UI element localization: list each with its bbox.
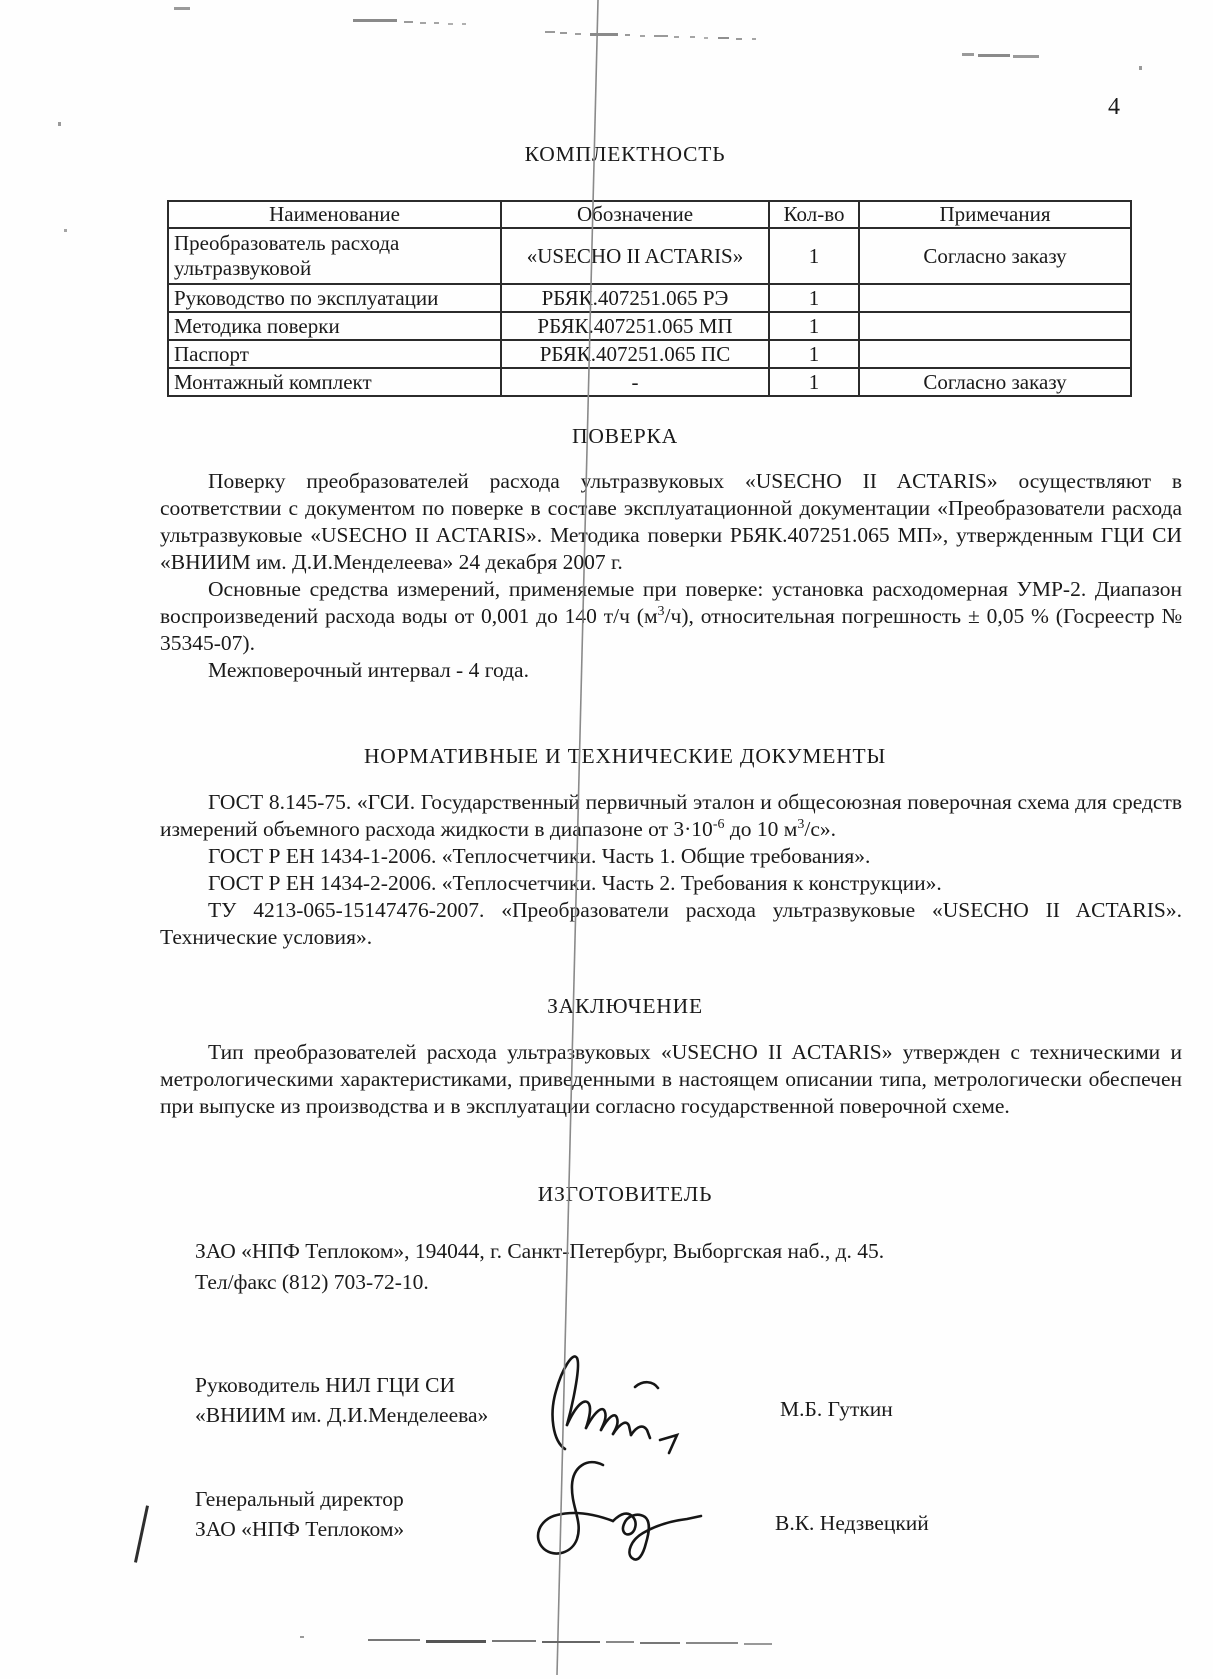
normative-text: ГОСТ 8.145-75. «ГСИ. Государственный пер…	[160, 789, 1182, 951]
sig2-role-line2: ЗАО «НПФ Теплоком»	[195, 1514, 404, 1544]
normative-item1-text-c: /с».	[804, 817, 836, 841]
col-header-oboznachenie: Обозначение	[501, 201, 769, 228]
signature-nedzvetsky-icon	[515, 1455, 715, 1573]
scan-artifact-dash	[368, 1639, 420, 1641]
section-title-izgotovitel: ИЗГОТОВИТЕЛЬ	[130, 1182, 1120, 1207]
normative-item1-text: ГОСТ 8.145-75. «ГСИ. Государственный пер…	[160, 790, 1182, 841]
address-line-2: Тел/факс (812) 703-72-10.	[195, 1267, 884, 1298]
table-row: Руководство по эксплуатации РБЯК.407251.…	[168, 284, 1131, 312]
section-title-normative: НОРМАТИВНЫЕ И ТЕХНИЧЕСКИЕ ДОКУМЕНТЫ	[130, 744, 1120, 769]
superscript-cubed: 3	[658, 604, 665, 619]
scan-artifact-dash	[300, 1636, 304, 1638]
signature-2-name: В.К. Недзвецкий	[775, 1511, 929, 1536]
cell-note	[859, 312, 1131, 340]
scan-artifact-dash	[752, 38, 756, 40]
table-row: Преобразователь расхода ультразвуковой «…	[168, 228, 1131, 284]
scan-artifact-dash	[420, 22, 426, 24]
cell-qty: 1	[769, 340, 859, 368]
scan-artifact-dash	[718, 37, 729, 39]
address-line-1: ЗАО «НПФ Теплоком», 194044, г. Санкт-Пет…	[195, 1236, 884, 1267]
normative-item-1: ГОСТ 8.145-75. «ГСИ. Государственный пер…	[160, 789, 1182, 843]
normative-item-4: ТУ 4213-065-15147476-2007. «Преобразоват…	[160, 897, 1182, 951]
sig1-role-line1: Руководитель НИЛ ГЦИ СИ	[195, 1370, 488, 1400]
superscript-minus6: -6	[713, 817, 725, 832]
sig2-role-line1: Генеральный директор	[195, 1484, 404, 1514]
section-title-poverka: ПОВЕРКА	[130, 424, 1120, 449]
cell-name: Преобразователь расхода ультразвуковой	[168, 228, 501, 284]
col-header-kolvo: Кол-во	[769, 201, 859, 228]
cell-designation: РБЯК.407251.065 ПС	[501, 340, 769, 368]
normative-item-2: ГОСТ Р ЕН 1434-1-2006. «Теплосчетчики. Ч…	[160, 843, 1182, 870]
scan-artifact-dash	[174, 7, 190, 10]
sig1-role-line2: «ВНИИМ им. Д.И.Менделеева»	[195, 1400, 488, 1430]
poverka-text: Поверку преобразователей расхода ультраз…	[160, 468, 1182, 684]
scan-artifact-dash	[640, 1642, 680, 1644]
scan-artifact-dash	[1013, 55, 1039, 58]
scan-artifact-speck	[58, 122, 61, 126]
scan-artifact-dash	[962, 53, 974, 56]
normative-item-3: ГОСТ Р ЕН 1434-2-2006. «Теплосчетчики. Ч…	[160, 870, 1182, 897]
cell-name: Руководство по эксплуатации	[168, 284, 501, 312]
scan-artifact-dash	[736, 38, 742, 40]
cell-note: Согласно заказу	[859, 368, 1131, 396]
cell-designation: «USECHO II ACTARIS»	[501, 228, 769, 284]
scan-artifact-dash	[434, 22, 439, 24]
scan-artifact-dash	[590, 33, 618, 36]
scan-artifact-slash	[134, 1505, 149, 1562]
manufacturer-address: ЗАО «НПФ Теплоком», 194044, г. Санкт-Пет…	[195, 1236, 884, 1298]
scan-artifact-dash	[625, 34, 630, 36]
normative-item1-text-b: до 10 м	[724, 817, 797, 841]
cell-qty: 1	[769, 284, 859, 312]
section-title-zakluchenie: ЗАКЛЮЧЕНИЕ	[130, 994, 1120, 1019]
zakluchenie-text: Тип преобразователей расхода ультразвуко…	[160, 1039, 1182, 1120]
scan-artifact-dash	[575, 33, 581, 35]
scan-artifact-speck	[1139, 66, 1142, 70]
scan-artifact-dash	[492, 1640, 536, 1642]
col-header-naimenovanie: Наименование	[168, 201, 501, 228]
cell-name: Монтажный комплект	[168, 368, 501, 396]
table-row: Монтажный комплект - 1 Согласно заказу	[168, 368, 1131, 396]
cell-qty: 1	[769, 312, 859, 340]
table-row: Паспорт РБЯК.407251.065 ПС 1	[168, 340, 1131, 368]
zakluchenie-paragraph: Тип преобразователей расхода ультразвуко…	[160, 1039, 1182, 1120]
cell-name: Методика поверки	[168, 312, 501, 340]
scan-artifact-dash	[690, 36, 695, 38]
signature-block-2-role: Генеральный директор ЗАО «НПФ Теплоком»	[195, 1484, 404, 1544]
scan-artifact-dash	[448, 23, 453, 25]
scan-artifact-dash	[545, 31, 555, 33]
cell-qty: 1	[769, 228, 859, 284]
cell-designation: РБЯК.407251.065 РЭ	[501, 284, 769, 312]
scan-artifact-dash	[426, 1640, 486, 1643]
scan-artifact-dash	[606, 1641, 634, 1643]
signature-block-1-role: Руководитель НИЛ ГЦИ СИ «ВНИИМ им. Д.И.М…	[195, 1370, 488, 1430]
scan-artifact-dash	[674, 36, 679, 38]
cell-note	[859, 340, 1131, 368]
scan-artifact-dash	[978, 54, 1010, 57]
komplektnost-table: Наименование Обозначение Кол-во Примечан…	[167, 200, 1132, 397]
scan-artifact-dash	[686, 1642, 738, 1644]
scan-artifact-dash	[542, 1641, 600, 1643]
cell-note	[859, 284, 1131, 312]
scanned-document-page: 4 КОМПЛЕКТНОСТЬ Наименование Обозначение…	[0, 0, 1213, 1679]
poverka-paragraph-3: Межповерочный интервал - 4 года.	[160, 657, 1182, 684]
table-row: Методика поверки РБЯК.407251.065 МП 1	[168, 312, 1131, 340]
section-title-komplektnost: КОМПЛЕКТНОСТЬ	[130, 142, 1120, 167]
cell-name: Паспорт	[168, 340, 501, 368]
cell-qty: 1	[769, 368, 859, 396]
scan-artifact-dash	[560, 32, 567, 34]
table-header-row: Наименование Обозначение Кол-во Примечан…	[168, 201, 1131, 228]
page-number: 4	[1108, 94, 1120, 121]
signature-1-name: М.Б. Гуткин	[780, 1397, 893, 1422]
signature-gutkin-icon	[545, 1345, 720, 1460]
scan-artifact-dash	[704, 37, 708, 39]
scan-artifact-dash	[654, 35, 668, 37]
scan-artifact-speck	[64, 229, 67, 232]
scan-artifact-dash	[744, 1643, 772, 1645]
scan-artifact-dash	[404, 21, 413, 23]
cell-note: Согласно заказу	[859, 228, 1131, 284]
scan-artifact-dash	[462, 23, 466, 25]
cell-designation: -	[501, 368, 769, 396]
poverka-paragraph-2: Основные средства измерений, применяемые…	[160, 576, 1182, 657]
cell-designation: РБЯК.407251.065 МП	[501, 312, 769, 340]
scan-artifact-dash	[353, 19, 397, 22]
scan-artifact-dash	[640, 35, 645, 37]
poverka-paragraph-1: Поверку преобразователей расхода ультраз…	[160, 468, 1182, 576]
col-header-primechaniya: Примечания	[859, 201, 1131, 228]
